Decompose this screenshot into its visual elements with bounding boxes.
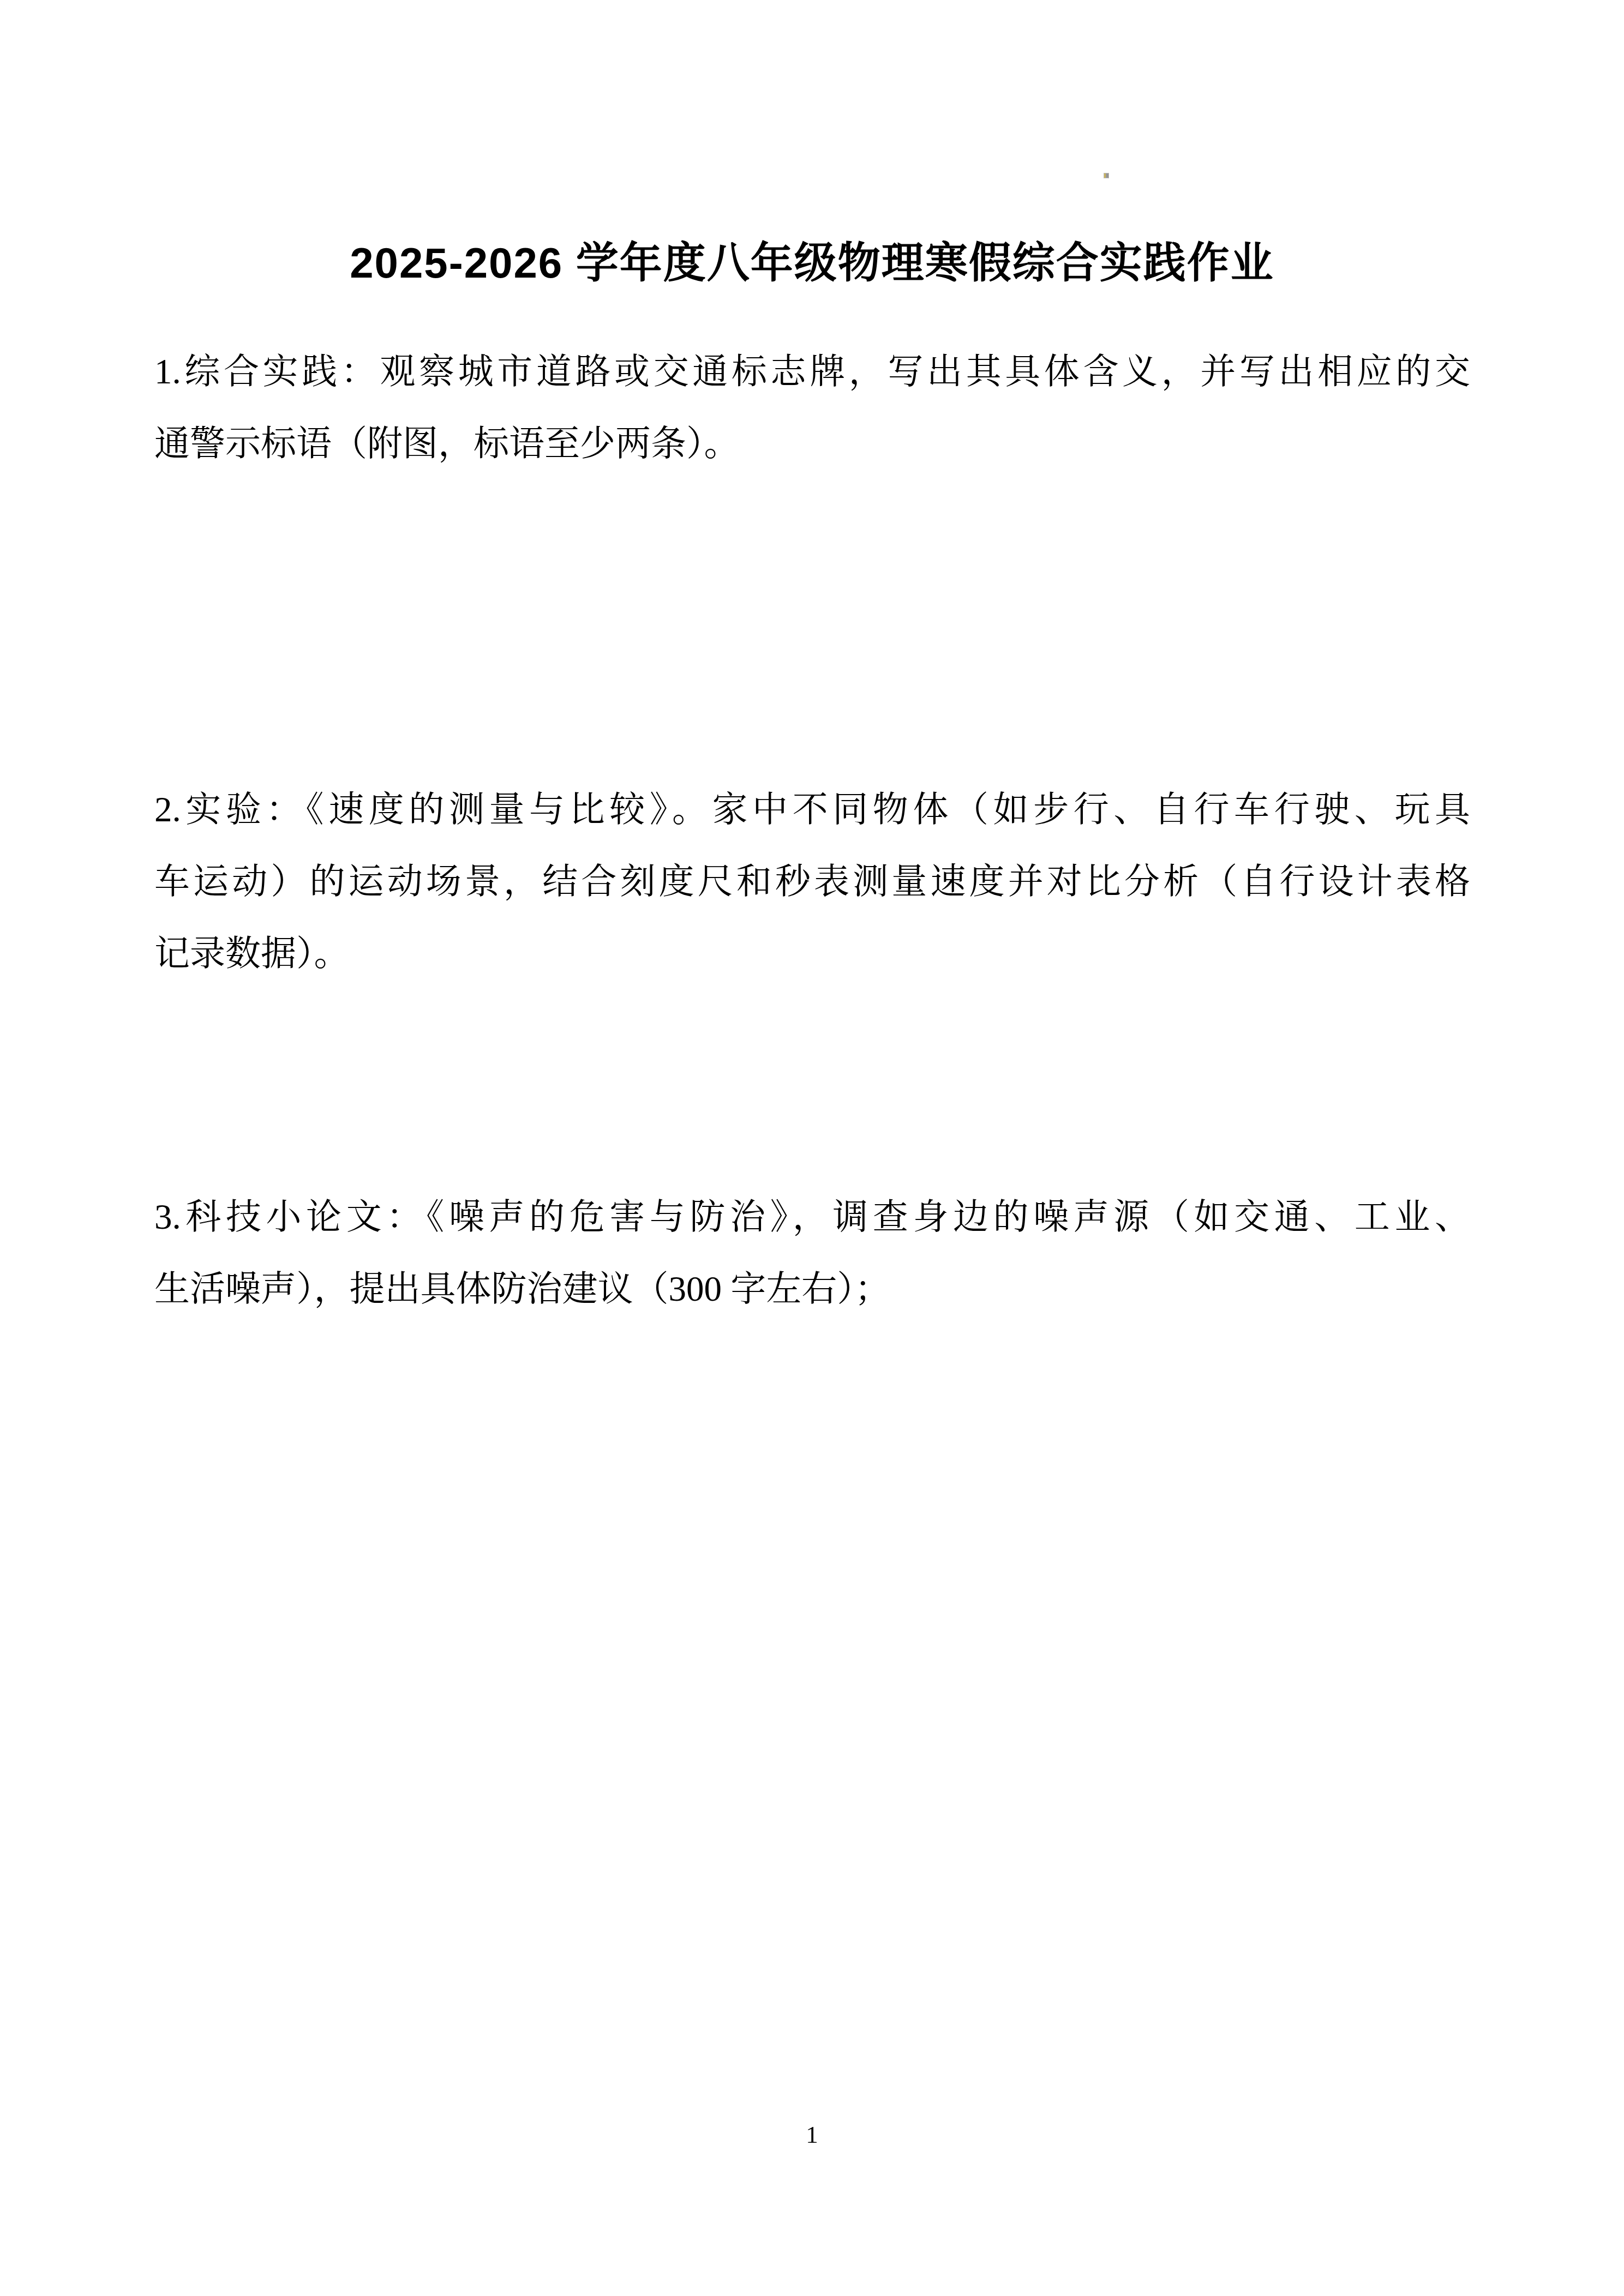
assignment-item-1: 1.综合实践：观察城市道路或交通标志牌，写出其具体含义，并写出相应的交 通警示标…	[154, 336, 1470, 480]
assignment-item-3: 3.科技小论文：《噪声的危害与防治》，调查身边的噪声源（如交通、工业、 生活噪声…	[154, 1181, 1470, 1325]
assignment-item-2-line-3: 记录数据）。	[154, 918, 1470, 990]
assignment-item-3-line-1: 3.科技小论文：《噪声的危害与防治》，调查身边的噪声源（如交通、工业、	[154, 1181, 1470, 1253]
tiny-image-speck	[1104, 173, 1109, 178]
assignment-item-2-line-2: 车运动）的运动场景，结合刻度尺和秒表测量速度并对比分析（自行设计表格	[154, 846, 1470, 918]
assignment-item-3-line-2: 生活噪声），提出具体防治建议（300 字左右）；	[154, 1253, 1470, 1325]
assignment-item-1-line-2: 通警示标语（附图，标语至少两条）。	[154, 408, 1470, 480]
assignment-item-2-line-1: 2.实验：《速度的测量与比较》。家中不同物体（如步行、自行车行驶、玩具	[154, 774, 1470, 846]
page-number: 1	[0, 2118, 1624, 2151]
document-page: 2025-2026 学年度八年级物理寒假综合实践作业 1.综合实践：观察城市道路…	[0, 0, 1624, 2296]
document-title: 2025-2026 学年度八年级物理寒假综合实践作业	[0, 239, 1624, 288]
assignment-item-2: 2.实验：《速度的测量与比较》。家中不同物体（如步行、自行车行驶、玩具 车运动）…	[154, 774, 1470, 990]
assignment-item-1-line-1: 1.综合实践：观察城市道路或交通标志牌，写出其具体含义，并写出相应的交	[154, 336, 1470, 408]
